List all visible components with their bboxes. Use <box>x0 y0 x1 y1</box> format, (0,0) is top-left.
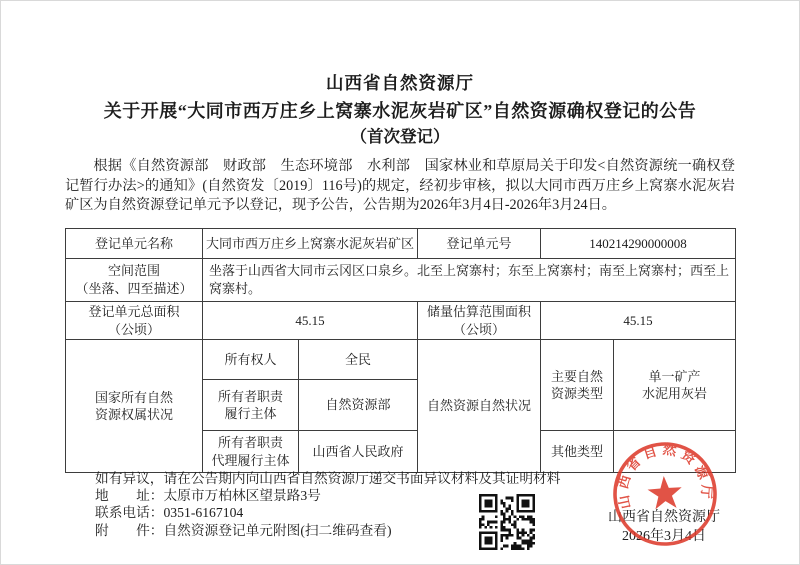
signature-date: 2026年3月4日 <box>588 528 740 547</box>
agent-value: 山西省人民政府 <box>299 431 418 473</box>
registration-table: 登记单元名称 大同市西万庄乡上窝寨水泥灰岩矿区 登记单元号 1402142900… <box>65 228 736 473</box>
objection-note: 如有异议，请在公告期内向山西省自然资源厅递交书面异议材料及其证明材料 <box>95 470 655 487</box>
footer-notes: 如有异议，请在公告期内向山西省自然资源厅递交书面异议材料及其证明材料 地 址：太… <box>95 470 655 539</box>
duty-label: 所有者职责 履行主体 <box>203 380 299 431</box>
main-type-value: 单一矿产 水泥用灰岩 <box>614 340 736 431</box>
signature-block: 山西省自然资源厅 2026年3月4日 <box>588 509 740 546</box>
intro-paragraph: 根据《自然资源部 财政部 生态环境部 水利部 国家林业和草原局关于印发<自然资源… <box>65 157 735 216</box>
unit-name-label: 登记单元名称 <box>66 229 203 259</box>
announcement-document: 山西省自然资源厅 关于开展“大同市西万庄乡上窝寨水泥灰岩矿区”自然资源确权登记的… <box>0 0 800 565</box>
unit-no-value: 140214290000008 <box>541 229 736 259</box>
reserve-area-label: 储量估算范围面积 （公顷） <box>418 302 541 340</box>
signature-org: 山西省自然资源厅 <box>588 509 740 528</box>
owner-value: 全民 <box>299 340 418 380</box>
ownership-label: 国家所有自然 资源权属状况 <box>66 340 203 473</box>
unit-no-label: 登记单元号 <box>418 229 541 259</box>
total-area-label: 登记单元总面积 （公顷） <box>66 302 203 340</box>
duty-value: 自然资源部 <box>299 380 418 431</box>
address-line: 地 址：太原市万柏林区望景路3号 <box>95 487 655 504</box>
attachment-line: 附 件：自然资源登记单元附图(扫二维码查看) <box>95 522 655 539</box>
unit-name-value: 大同市西万庄乡上窝寨水泥灰岩矿区 <box>203 229 418 259</box>
phone-line: 联系电话：0351-6167104 <box>95 504 655 521</box>
reserve-area-value: 45.15 <box>541 302 736 340</box>
main-type-label: 主要自然 资源类型 <box>541 340 614 431</box>
other-type-value <box>614 431 736 473</box>
agent-label: 所有者职责 代理履行主体 <box>203 431 299 473</box>
scope-label: 空间范围 （坐落、四至描述） <box>66 259 203 302</box>
total-area-value: 45.15 <box>203 302 418 340</box>
nature-label: 自然资源自然状况 <box>418 340 541 473</box>
scope-value: 坐落于山西省大同市云冈区口泉乡。北至上窝寨村；东至上窝寨村；南至上窝寨村；西至上… <box>203 259 736 302</box>
org-name: 山西省自然资源厅 <box>0 70 800 95</box>
owner-label: 所有权人 <box>203 340 299 380</box>
doc-title: 关于开展“大同市西万庄乡上窝寨水泥灰岩矿区”自然资源确权登记的公告 <box>0 97 800 123</box>
doc-subtitle: （首次登记） <box>0 123 800 147</box>
qr-code-icon <box>479 494 535 550</box>
other-type-label: 其他类型 <box>541 431 614 473</box>
